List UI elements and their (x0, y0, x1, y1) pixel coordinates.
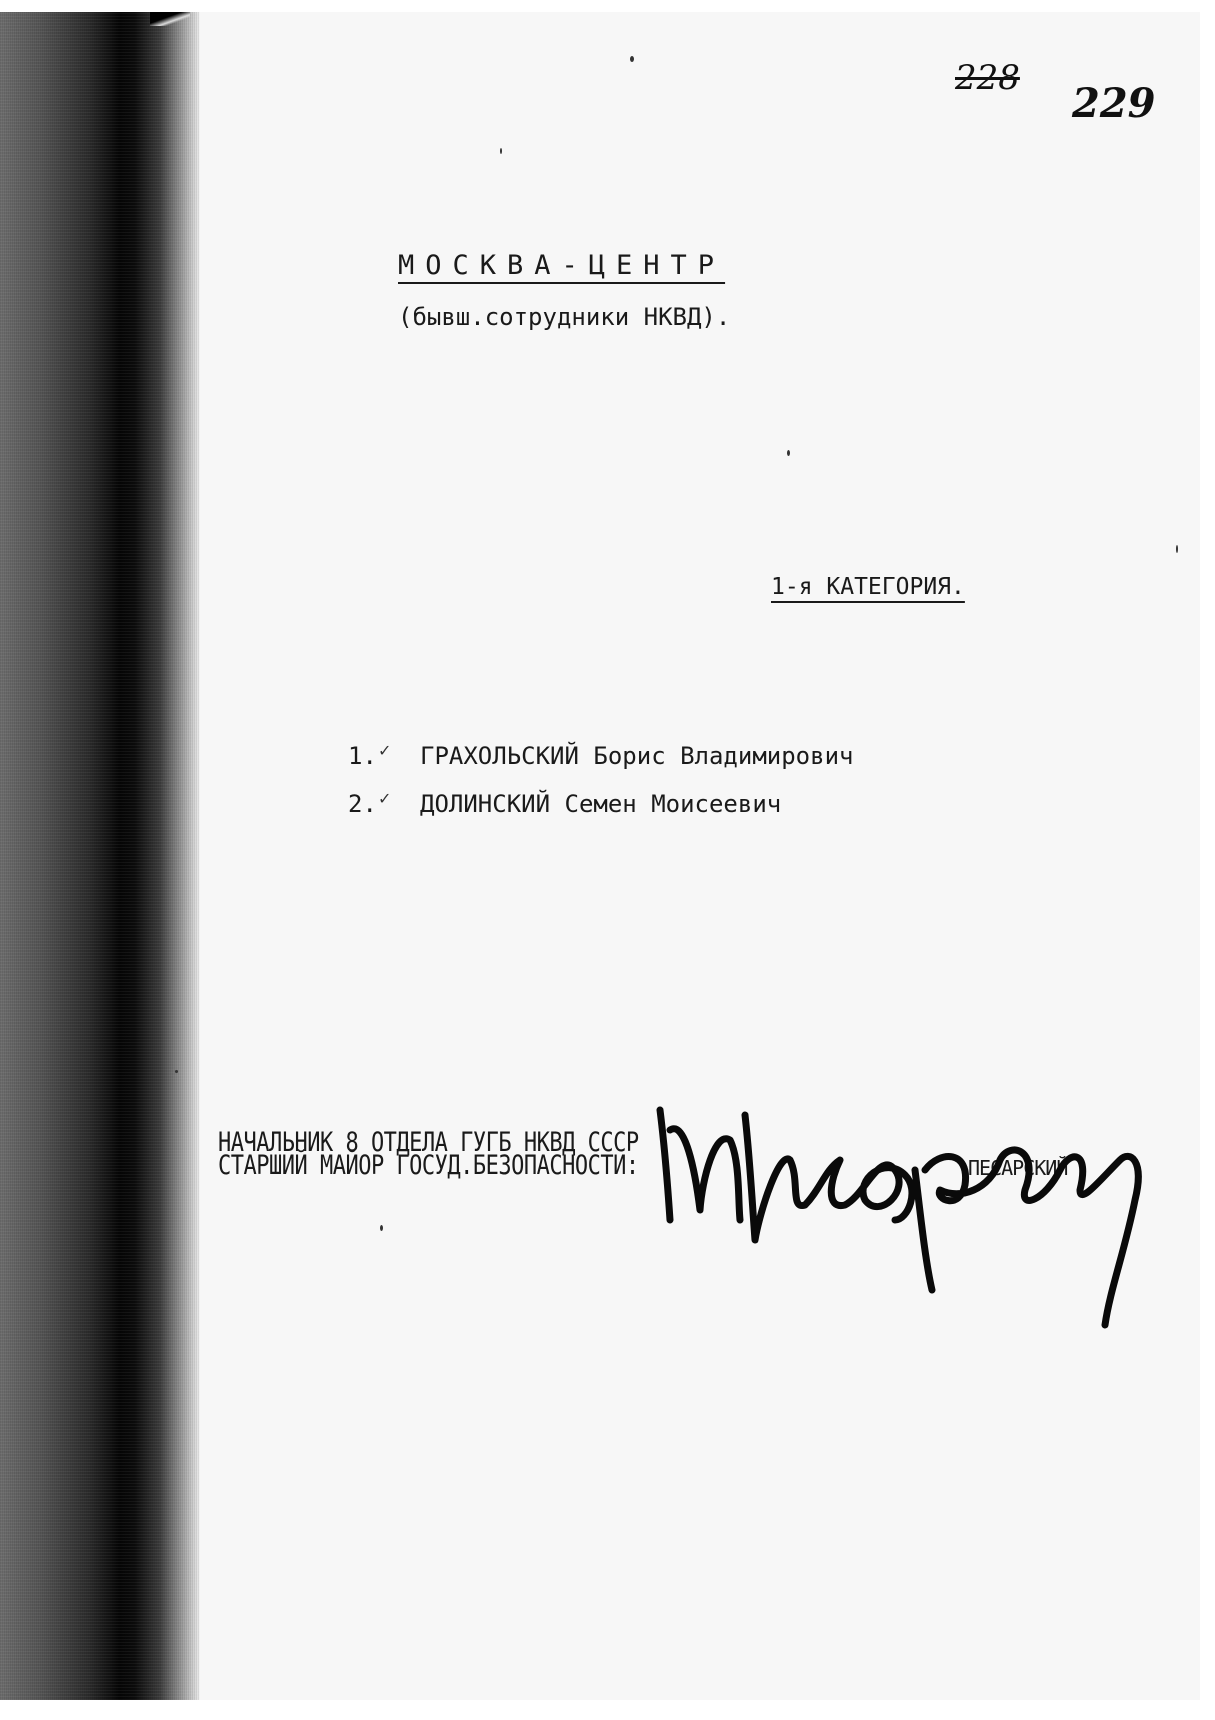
binding-shadow (0, 12, 200, 1700)
page-corner-curl (150, 12, 190, 26)
checkmark-icon: ✓ (378, 789, 420, 808)
document-title: МОСКВА-ЦЕНТР (398, 250, 725, 281)
document-subtitle: (бывш.сотрудники НКВД). (398, 303, 730, 331)
signatory-block: НАЧАЛЬНИК 8 ОТДЕЛА ГУГБ НКВД СССР СТАРШИ… (218, 1132, 639, 1178)
list-item-name: ДОЛИНСКИЙ Семен Моисеевич (420, 790, 781, 818)
signatory-title-line2: СТАРШИЙ МАЙОР ГОСУД.БЕЗОПАСНОСТИ: (218, 1155, 639, 1178)
speck (175, 1070, 178, 1073)
speck (630, 56, 634, 62)
list-item-name: ГРАХОЛЬСКИЙ Борис Владимирович (420, 742, 853, 770)
speck (1176, 545, 1178, 553)
names-list: 1. ✓ ГРАХОЛЬСКИЙ Борис Владимирович 2. ✓… (348, 742, 853, 838)
list-item-number: 1. (348, 742, 378, 770)
speck (380, 1225, 383, 1231)
speck (500, 148, 502, 154)
list-item: 1. ✓ ГРАХОЛЬСКИЙ Борис Владимирович (348, 742, 853, 790)
speck (787, 450, 790, 456)
checkmark-icon: ✓ (378, 741, 420, 760)
list-item: 2. ✓ ДОЛИНСКИЙ Семен Моисеевич (348, 790, 853, 838)
struck-page-number: 228 (955, 58, 1020, 98)
handwritten-signature (640, 1090, 1160, 1330)
page-number: 229 (1072, 80, 1156, 127)
list-item-number: 2. (348, 790, 378, 818)
category-heading: 1-я КАТЕГОРИЯ. (771, 574, 965, 600)
